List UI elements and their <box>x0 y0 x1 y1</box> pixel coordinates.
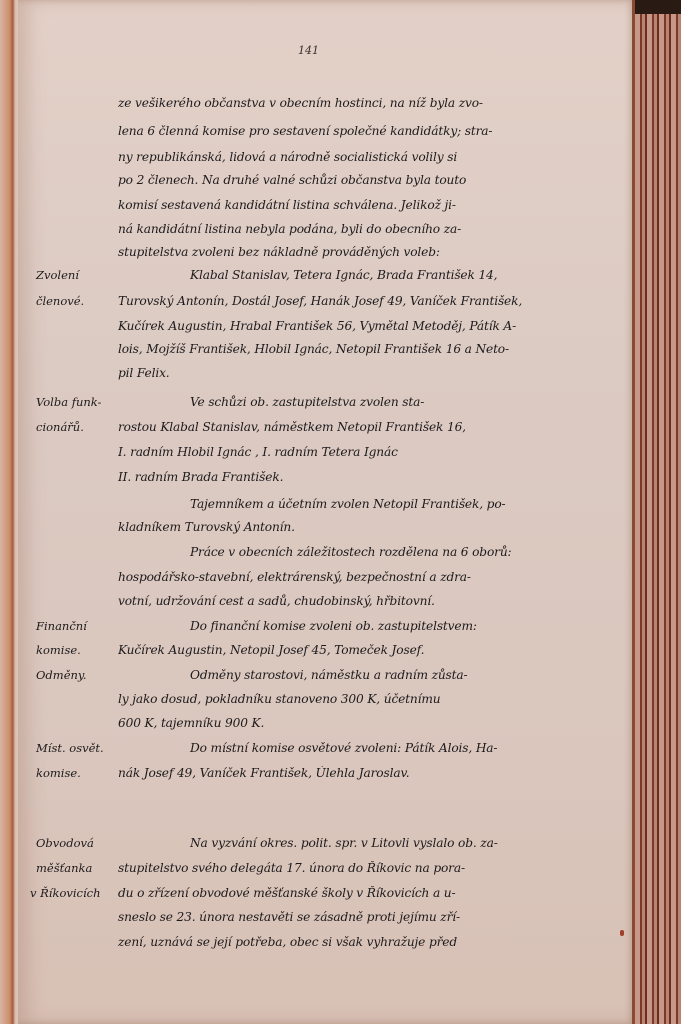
book-page-stack <box>635 0 681 1024</box>
text-line: Turovský Antonín, Dostál Josef, Hanák Jo… <box>118 294 630 308</box>
text-line: lena 6 členná komise pro sestavení spole… <box>118 124 630 138</box>
text-line: Tajemníkem a účetním zvolen Netopil Fran… <box>118 497 630 511</box>
margin-note: Míst. osvět. <box>36 741 116 755</box>
margin-note: v Říkovicích <box>30 886 110 900</box>
text-line: votní, udržování cest a sadů, chudobinsk… <box>118 594 630 608</box>
margin-note: členové. <box>36 294 116 308</box>
text-line: ze vešikerého občanstva v obecním hostin… <box>118 96 630 110</box>
text-line: 600 K, tajemníku 900 K. <box>118 716 630 730</box>
margin-note: komise. <box>36 766 116 780</box>
margin-note: Obvodová <box>36 836 116 850</box>
text-line: stupitelstva zvoleni bez nákladně provád… <box>118 245 630 259</box>
text-line: Kučírek Augustin, Netopil Josef 45, Tome… <box>118 643 630 657</box>
text-line: ny republikánská, lidová a národně socia… <box>118 150 630 164</box>
margin-note: Volba funk- <box>36 395 116 409</box>
margin-note: cionářů. <box>36 420 116 434</box>
text-line: ná kandidátní listina nebyla podána, byl… <box>118 222 630 236</box>
page-number: 141 <box>298 44 319 57</box>
book-gutter <box>0 0 18 1024</box>
text-line: I. radním Hlobil Ignác , I. radním Teter… <box>118 445 630 459</box>
text-line: po 2 členech. Na druhé valné schůzi obča… <box>118 173 630 187</box>
text-line: pil Felix. <box>118 366 630 380</box>
text-line: komisí sestavená kandidátní listina schv… <box>118 198 630 212</box>
text-line: sneslo se 23. února nestavěti se zásadně… <box>118 910 630 924</box>
margin-note: komise. <box>36 643 116 657</box>
book-scan: 141 ze vešikerého občanstva v obecním ho… <box>0 0 681 1024</box>
text-line: du o zřízení obvodové měšťanské školy v … <box>118 886 630 900</box>
margin-note: Finanční <box>36 619 116 633</box>
ink-stain <box>620 930 624 936</box>
text-line: zení, uznává se její potřeba, obec si vš… <box>118 935 630 949</box>
text-line: Na vyzvání okres. polit. spr. v Litovli … <box>118 836 630 850</box>
text-line: lois, Mojžíš František, Hlobil Ignác, Ne… <box>118 342 630 356</box>
text-line: Klabal Stanislav, Tetera Ignác, Brada Fr… <box>118 268 630 282</box>
margin-note: měšťanka <box>36 861 116 875</box>
text-line: ly jako dosud, pokladníku stanoveno 300 … <box>118 692 630 706</box>
text-line: Do místní komise osvětové zvoleni: Pátík… <box>118 741 630 755</box>
text-line: hospodářsko-stavební, elektrárenský, bez… <box>118 570 630 584</box>
margin-note: Zvolení <box>36 268 116 282</box>
text-line: stupitelstvo svého delegáta 17. února do… <box>118 861 630 875</box>
text-line: Odměny starostovi, náměstku a radním zůs… <box>118 668 630 682</box>
text-line: II. radním Brada František. <box>118 470 630 484</box>
text-line: kladníkem Turovský Antonín. <box>118 520 630 534</box>
margin-note: Odměny. <box>36 668 116 682</box>
text-line: rostou Klabal Stanislav, náměstkem Netop… <box>118 420 630 434</box>
text-line: Kučírek Augustin, Hrabal František 56, V… <box>118 319 630 333</box>
text-line: Ve schůzi ob. zastupitelstva zvolen sta- <box>118 395 630 409</box>
text-line: Do finanční komise zvoleni ob. zastupite… <box>118 619 630 633</box>
text-line: nák Josef 49, Vaníček František, Úlehla … <box>118 766 630 780</box>
text-line: Práce v obecních záležitostech rozdělena… <box>118 545 630 559</box>
